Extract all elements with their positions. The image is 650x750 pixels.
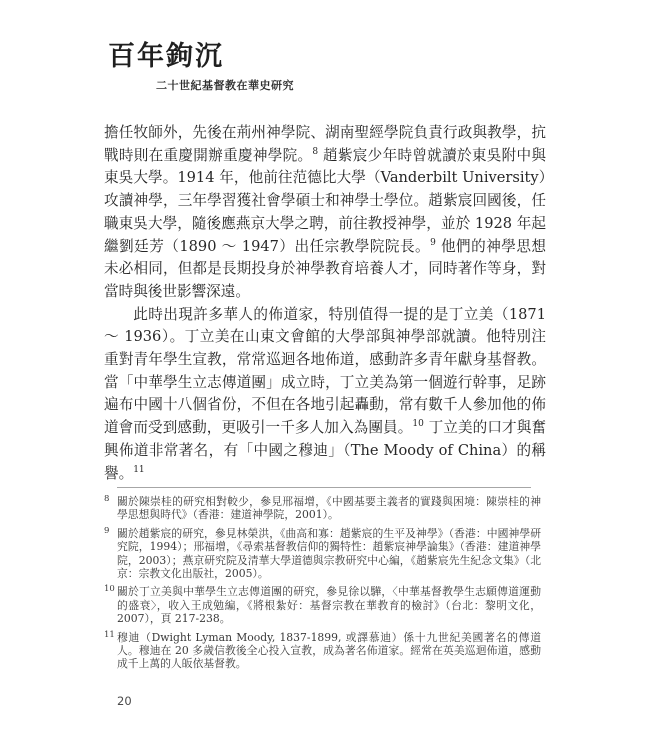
footnote-11: 11穆迪（Dwight Lyman Moody, 1837-1899, 或譯慕迪…	[104, 631, 541, 671]
main-text: 擔任牧師外，先後在荊州神學院、湖南聖經學院負責行政與教學，抗戰時則在重慶開辦重慶…	[104, 122, 546, 485]
footnote-separator	[117, 487, 531, 488]
page-number: 20	[117, 694, 132, 708]
footnote-text-11: 穆迪（Dwight Lyman Moody, 1837-1899, 或譯慕迪）係…	[117, 631, 541, 671]
book-header: 百年鉤沉 二十世紀基督教在華史研究	[108, 40, 294, 93]
footnote-number-8: 8	[104, 493, 109, 506]
footnote-ref-11: 11	[133, 465, 144, 475]
book-page: 百年鉤沉 二十世紀基督教在華史研究 擔任牧師外，先後在荊州神學院、湖南聖經學院負…	[0, 0, 650, 750]
footnote-number-9: 9	[104, 525, 109, 538]
footnote-9: 9關於趙紫宸的研究，參見林榮洪，《曲高和寡：趙紫宸的生平及神學》（香港：中國神學…	[104, 527, 541, 581]
footnote-8: 8關於陳崇桂的研究相對較少，參見邢福增，《中國基要主義者的實踐與困境：陳崇桂的神…	[104, 495, 541, 522]
paragraph-2: 此時出現許多華人的佈道家，特別值得一提的是丁立美（1871 ～ 1936）。丁立…	[104, 304, 546, 486]
footnote-ref-10: 10	[412, 419, 423, 429]
book-title: 百年鉤沉	[108, 40, 294, 74]
book-subtitle: 二十世紀基督教在華史研究	[156, 77, 294, 93]
footnote-ref-8: 8	[312, 147, 318, 157]
footnote-text-10: 關於丁立美與中華學生立志傳道團的研究，參見徐以驊，〈中華基督教學生志願傳道運動的…	[117, 585, 541, 625]
footnotes: 8關於陳崇桂的研究相對較少，參見邢福增，《中國基要主義者的實踐與困境：陳崇桂的神…	[104, 495, 541, 676]
footnote-text-9: 關於趙紫宸的研究，參見林榮洪，《曲高和寡：趙紫宸的生平及神學》（香港：中國神學研…	[117, 527, 541, 580]
footnote-10: 10關於丁立美與中華學生立志傳道團的研究，參見徐以驊，〈中華基督教學生志願傳道運…	[104, 585, 541, 625]
footnote-number-10: 10	[104, 583, 115, 596]
paragraph-1: 擔任牧師外，先後在荊州神學院、湖南聖經學院負責行政與教學，抗戰時則在重慶開辦重慶…	[104, 122, 546, 304]
footnote-ref-9: 9	[430, 238, 436, 248]
footnote-text-8: 關於陳崇桂的研究相對較少，參見邢福增，《中國基要主義者的實踐與困境：陳崇桂的神學…	[117, 495, 541, 521]
footnote-number-11: 11	[104, 629, 115, 642]
